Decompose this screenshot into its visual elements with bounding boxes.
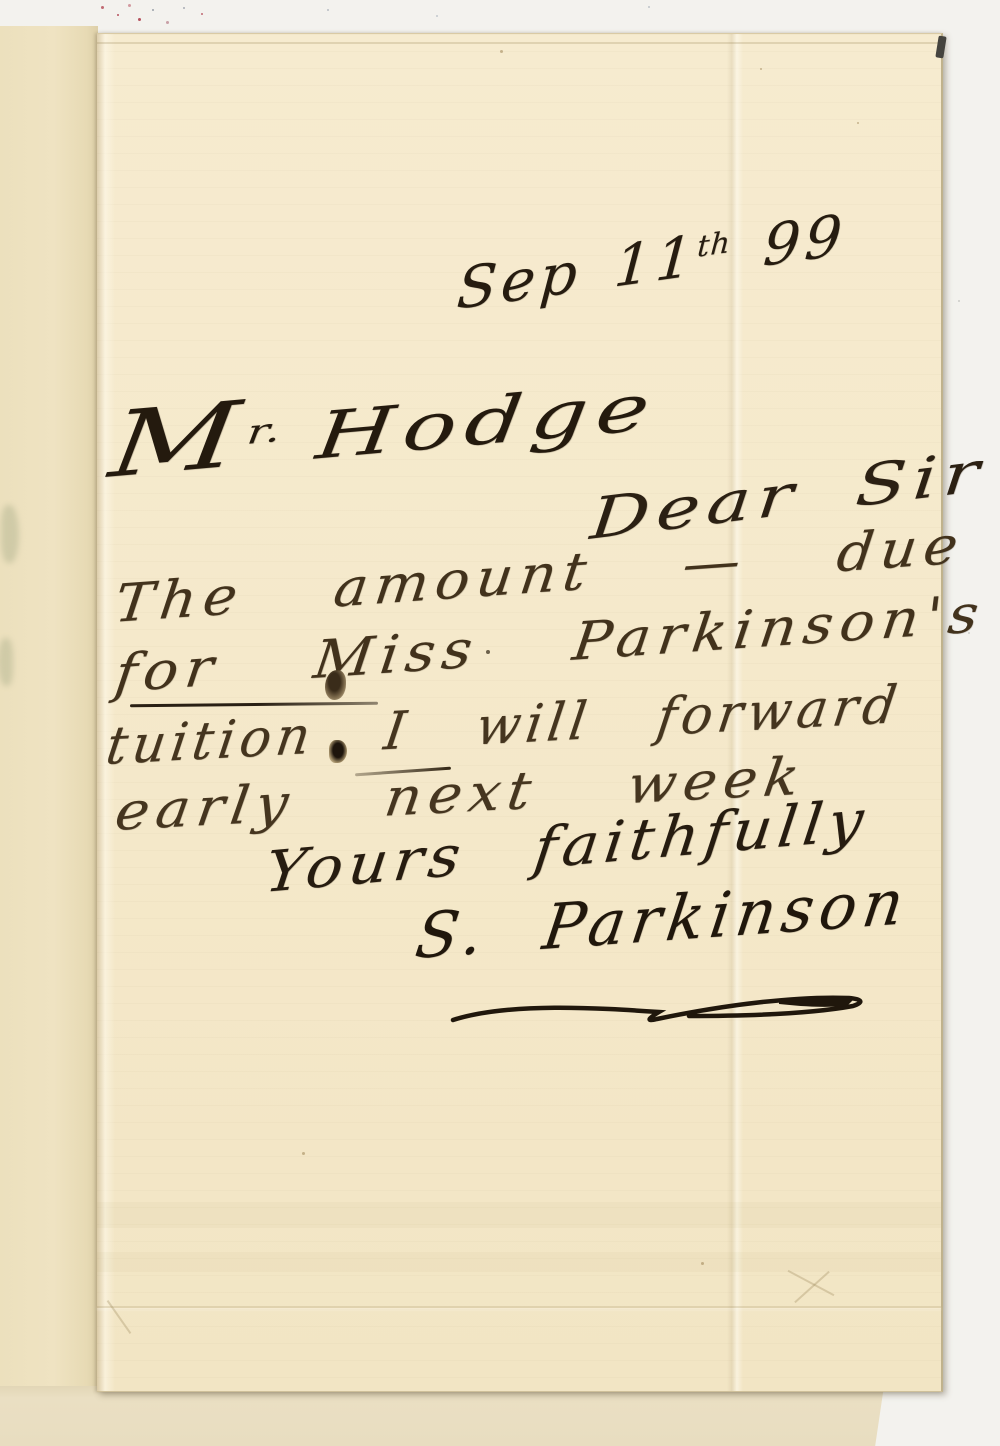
ink-blot [325,670,346,700]
addressee-title-initial: M [104,382,253,499]
top-fold-crease [97,42,941,44]
struck-word-tuition: tuition [102,706,319,777]
scanned-letter-document: Sep 11th 99 Mr.Hodge Dear Sir The amount… [0,0,1000,1446]
dust-speck [648,6,650,8]
dust-speck [117,14,119,16]
letter-addressee: Mr.Hodge [105,354,664,493]
dust-speck [138,18,141,21]
dust-speck [166,21,169,24]
addressee-title-ordinal: r. [245,409,284,452]
dust-speck [183,7,185,9]
underlying-page-bottom-edge [0,1386,884,1446]
dust-speck [152,9,154,11]
dust-speck [128,4,131,7]
foxing-speck [500,50,503,53]
signature-flourish [449,982,869,1030]
paper-stain-band [97,1252,941,1272]
dust-speck [201,13,203,15]
date-ordinal: th [696,224,732,263]
foxing-speck [701,1262,704,1265]
dust-speck [436,15,438,17]
underlying-page-left-edge [0,26,98,1446]
ink-showthrough-mark [1,505,19,563]
date-day: Sep 11 [455,223,699,323]
bottom-fold-crease [97,1306,941,1308]
dust-speck [958,300,960,302]
ink-showthrough-mark [0,638,13,686]
body-line-3-rest: I will forward [380,675,905,763]
foxing-speck [302,1152,305,1155]
date-year: 99 [761,202,848,280]
corner-dark-mark [935,36,946,59]
word-gap [312,749,382,753]
letter-page: Sep 11th 99 Mr.Hodge Dear Sir The amount… [97,33,943,1392]
paper-stain-band [97,1202,941,1228]
foxing-speck [857,122,859,124]
foxing-speck [760,68,762,70]
addressee-surname: Hodge [312,370,662,475]
dust-speck [327,9,329,11]
strikethrough-pen-line [130,702,378,708]
dust-speck [101,6,104,9]
letter-date: Sep 11th 99 [455,207,848,319]
